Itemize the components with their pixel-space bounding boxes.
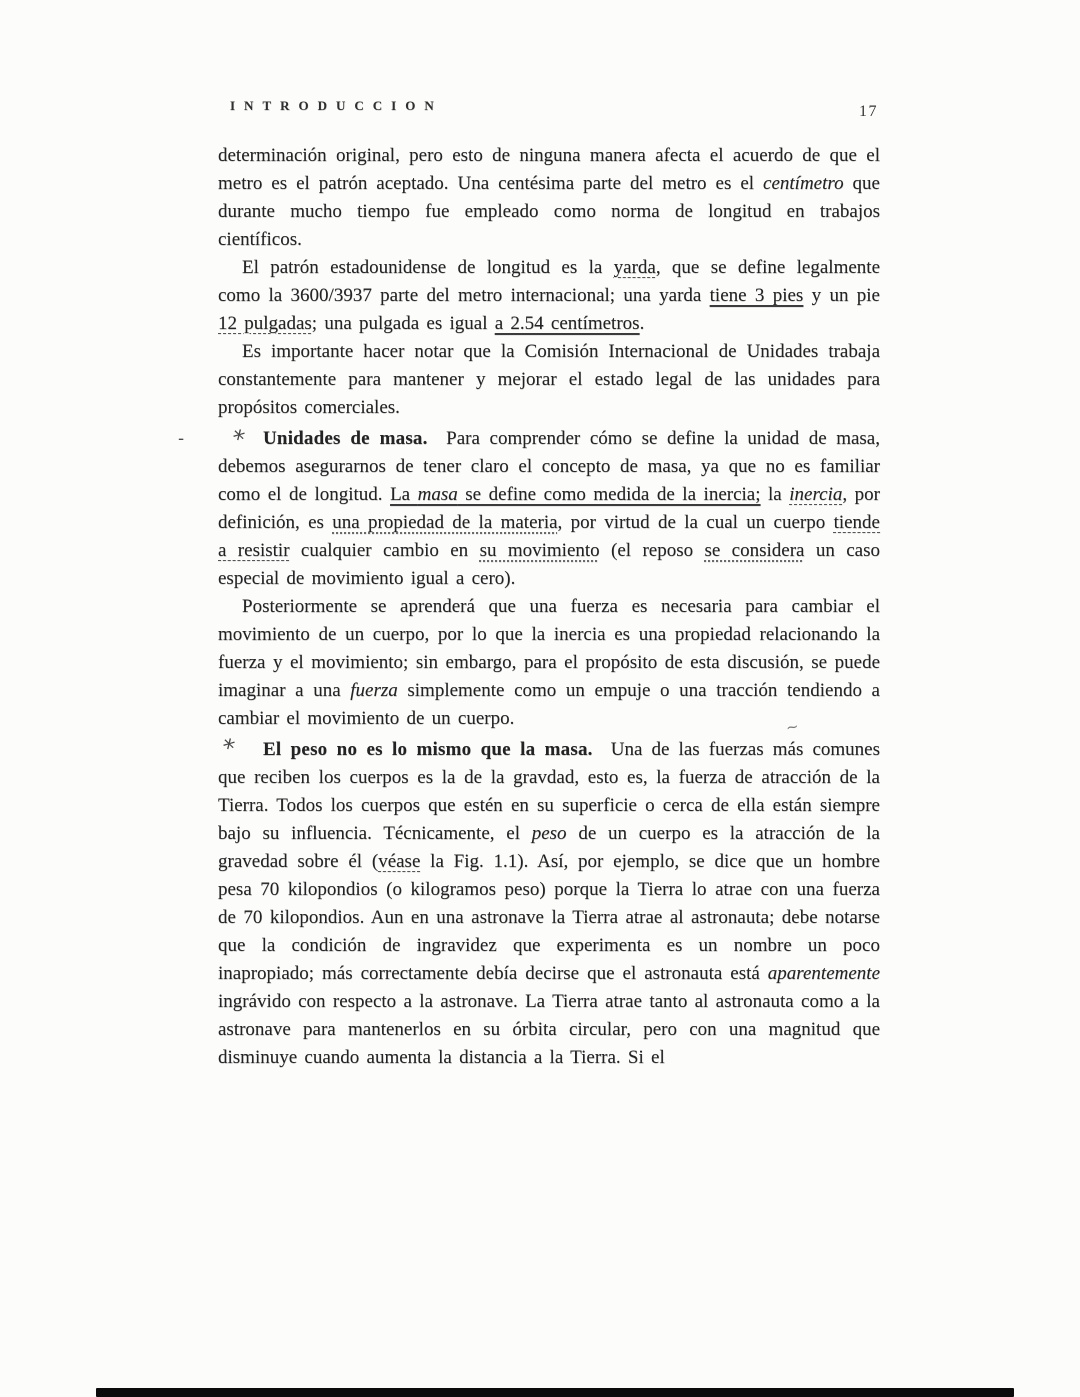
text-segment: su movimiento <box>480 540 600 561</box>
text-segment: aparentemente <box>768 963 880 984</box>
text-segment: masa <box>418 484 458 505</box>
scanned-book-page: { "document": { "header": { "title": "IN… <box>0 0 1080 1397</box>
page-background: INTRODUCCION 17 determinación original, … <box>0 0 1080 1397</box>
text-segment: La <box>390 484 418 505</box>
text-segment: se considera <box>704 540 804 561</box>
text-segment: . <box>640 313 645 334</box>
text-segment: y un pie <box>803 285 880 306</box>
pencil-dash-mark: - <box>178 431 184 448</box>
pencil-scribble-mark: * <box>219 735 236 761</box>
text-segment: (el reposo <box>600 540 705 561</box>
text-segment: yarda <box>614 257 656 278</box>
paragraph-yarda: El patrón estadounidense de longitud es … <box>218 254 880 338</box>
text-segment: la <box>761 484 790 505</box>
text-block: determinación original, pero esto de nin… <box>218 142 880 1072</box>
text-segment: El patrón estadounidense de longitud es … <box>242 257 614 278</box>
text-segment: centímetro <box>763 173 844 194</box>
paragraph-fuerza: Posteriormente se aprenderá que una fuer… <box>218 593 880 733</box>
text-segment: Es importante hacer notar que la Comisió… <box>218 341 880 418</box>
text-segment: ; una pulgada es igual <box>312 313 495 334</box>
scan-edge-bar <box>96 1388 1014 1397</box>
text-segment: tiene 3 pies <box>710 285 804 306</box>
page-number: 17 <box>859 103 878 121</box>
page-header: INTRODUCCION 17 <box>230 98 878 121</box>
text-segment: se define como medida de la inercia; <box>458 484 761 505</box>
text-segment: 12 pulgadas <box>218 313 312 334</box>
paragraph-peso-no-es-masa: *~El peso no es lo mismo que la masa. Un… <box>218 736 880 1072</box>
pencil-scribble-mark: * <box>229 426 246 452</box>
paragraph-metro: determinación original, pero esto de nin… <box>218 142 880 254</box>
text-segment: Unidades de masa. <box>263 428 428 449</box>
text-segment: una propiedad de la materia <box>332 512 557 533</box>
text-segment: inercia <box>789 484 842 505</box>
running-head-title: INTRODUCCION <box>230 98 443 114</box>
text-segment: peso <box>532 823 567 844</box>
text-segment: véase <box>378 851 420 872</box>
text-segment: El peso no es lo mismo que la masa. <box>263 739 593 760</box>
paragraph-comision: Es importante hacer notar que la Comisió… <box>218 338 880 422</box>
text-segment: ingrávido con respecto a la astronave. L… <box>218 991 880 1068</box>
paragraph-unidades-de-masa: *-Unidades de masa. Para comprender cómo… <box>218 425 880 593</box>
text-segment: a 2.54 centímetros <box>495 313 640 334</box>
text-segment: fuerza <box>350 680 398 701</box>
text-segment: , por virtud de la cual un cuerpo <box>558 512 834 533</box>
text-segment: cualquier cambio en <box>290 540 480 561</box>
